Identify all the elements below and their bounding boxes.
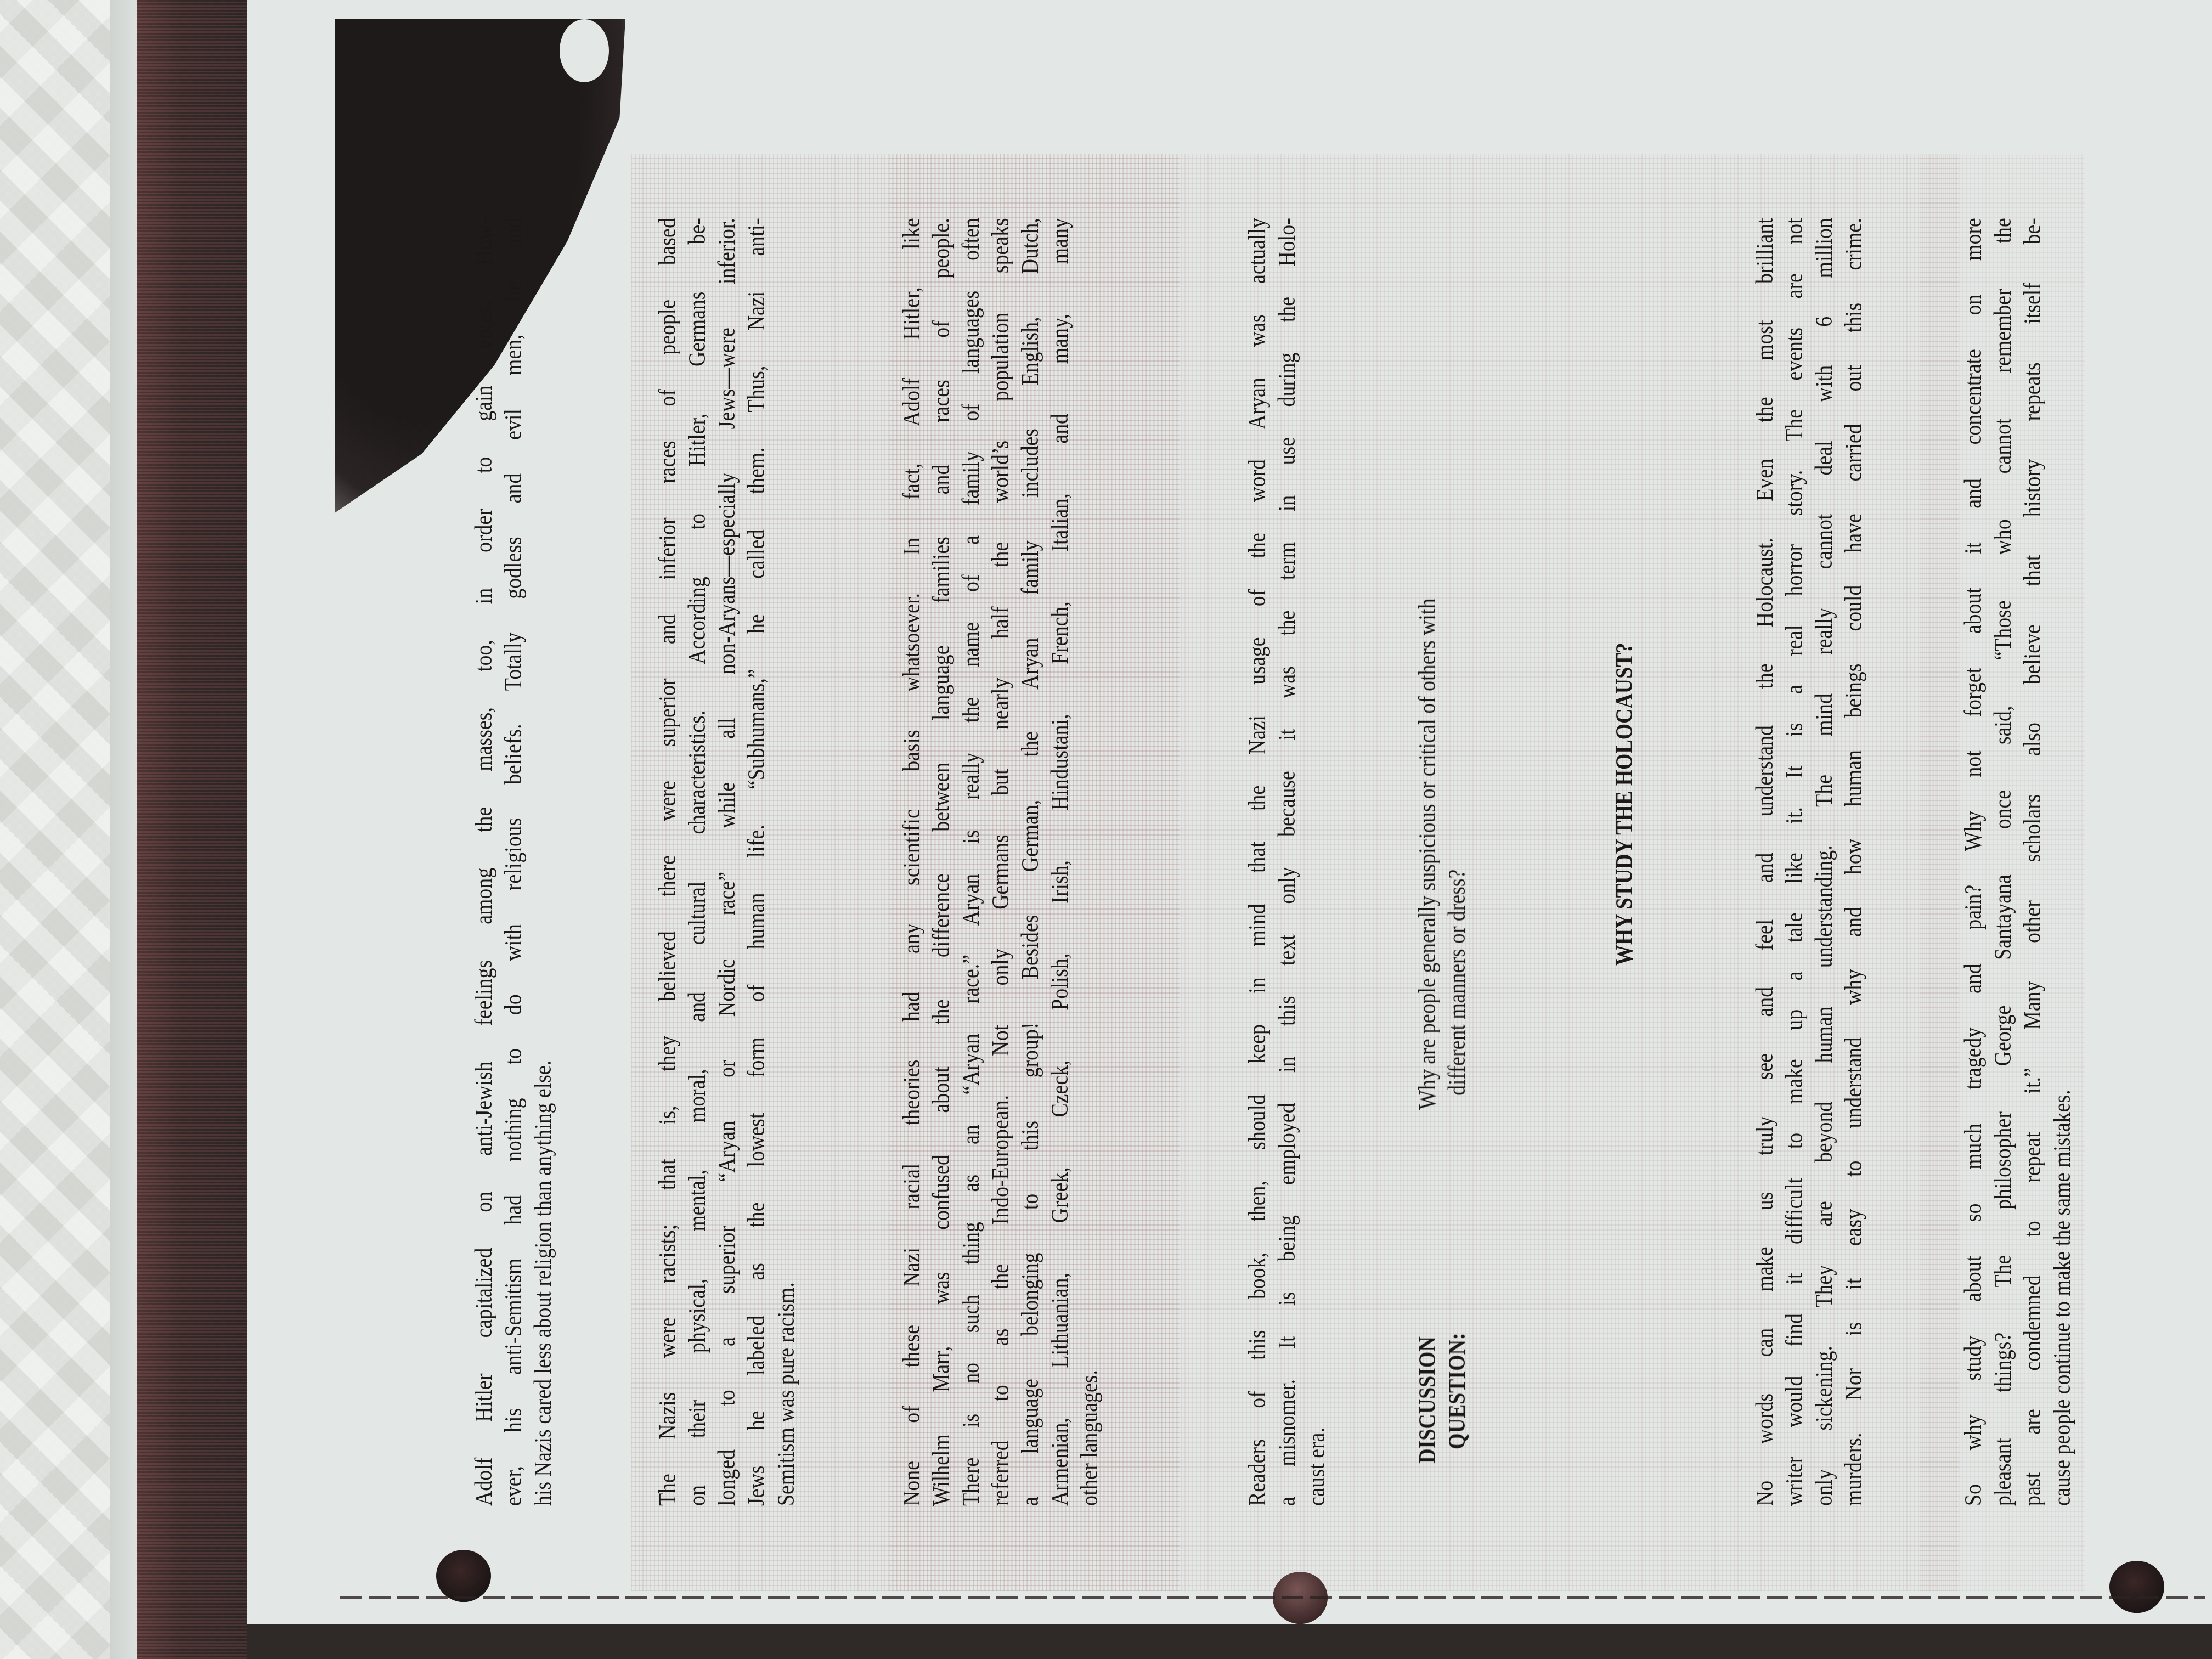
discussion-label: DISCUSSION QUESTION: xyxy=(1413,1275,1472,1464)
paragraph-hitler-capitalized: Adolf Hitler capitalized on anti-Jewish … xyxy=(469,218,558,1506)
discussion-question: Why are people generally suspicious or c… xyxy=(1413,261,1472,1110)
discussion-label-line: QUESTION: xyxy=(1442,1275,1472,1464)
text-line: longed to a superior “Aryan or Nordic ra… xyxy=(712,218,742,1506)
text-line: writer would find it difficult to make u… xyxy=(1780,218,1809,1506)
text-line: So why study about so much tragedy and p… xyxy=(1959,218,1988,1506)
section-heading: WHY STUDY THE HOLOCAUST? xyxy=(1610,643,1638,966)
text-line: No words can make us truly see and feel … xyxy=(1750,218,1780,1506)
text-line: ever, his anti-Semitism had nothing to d… xyxy=(499,218,528,1506)
text-line: murders. Nor is it easy to understand wh… xyxy=(1839,218,1869,1506)
text-line: a language belonging to this group! Besi… xyxy=(1015,218,1045,1506)
paragraph-so-why-study: So why study about so much tragedy and p… xyxy=(1959,218,2077,1506)
text-line: Semitism was pure racism. xyxy=(771,218,801,1506)
text-line: None of these Nazi racial theories had a… xyxy=(897,218,927,1506)
rotated-document-content: Adolf Hitler capitalized on anti-Jewish … xyxy=(247,0,2212,1602)
dark-surface-strip xyxy=(137,0,247,1659)
text-line: only sickening. They are beyond human un… xyxy=(1809,218,1839,1506)
text-line: Jews he labeled as the lowest form of hu… xyxy=(742,218,771,1506)
text-line: Adolf Hitler capitalized on anti-Jewish … xyxy=(469,218,499,1506)
text-line: Wilhelm Marr, was confused about the dif… xyxy=(927,218,956,1506)
text-line: other languages. xyxy=(1075,218,1104,1506)
paragraph-no-scientific-basis: None of these Nazi racial theories had a… xyxy=(897,218,1104,1506)
text-line: past are condemned to repeat it.” Many o… xyxy=(2018,218,2047,1506)
paragraph-nazis-racists: The Nazis were racists; that is, they be… xyxy=(653,218,801,1506)
text-line: a misnomer. It is being employed in this… xyxy=(1272,218,1302,1506)
text-line: his Nazis cared less about religion than… xyxy=(528,218,558,1506)
text-line: The Nazis were racists; that is, they be… xyxy=(653,218,682,1506)
text-line: cause people continue to make the same m… xyxy=(2047,218,2077,1506)
text-line: There is no such thing as an “Aryan race… xyxy=(956,218,986,1506)
question-line: different manners or dress? xyxy=(1442,261,1472,1110)
text-line: Armenian, Lithuanian, Greek, Czeck, Poli… xyxy=(1045,218,1075,1506)
paragraph-no-words: No words can make us truly see and feel … xyxy=(1750,218,1869,1506)
paragraph-readers-misnomer: Readers of this book, then, should keep … xyxy=(1243,218,1331,1506)
question-line: Why are people generally suspicious or c… xyxy=(1413,261,1442,1110)
page-bottom-shadow xyxy=(247,1624,2212,1659)
text-line: on their physical, mental, moral, and cu… xyxy=(682,218,712,1506)
text-line: Readers of this book, then, should keep … xyxy=(1243,218,1272,1506)
discussion-label-line: DISCUSSION xyxy=(1413,1275,1442,1464)
text-line: caust era. xyxy=(1302,218,1331,1506)
text-line: referred to as the Indo-European. Not on… xyxy=(986,218,1015,1506)
text-line: pleasant things? The philosopher George … xyxy=(1988,218,2018,1506)
